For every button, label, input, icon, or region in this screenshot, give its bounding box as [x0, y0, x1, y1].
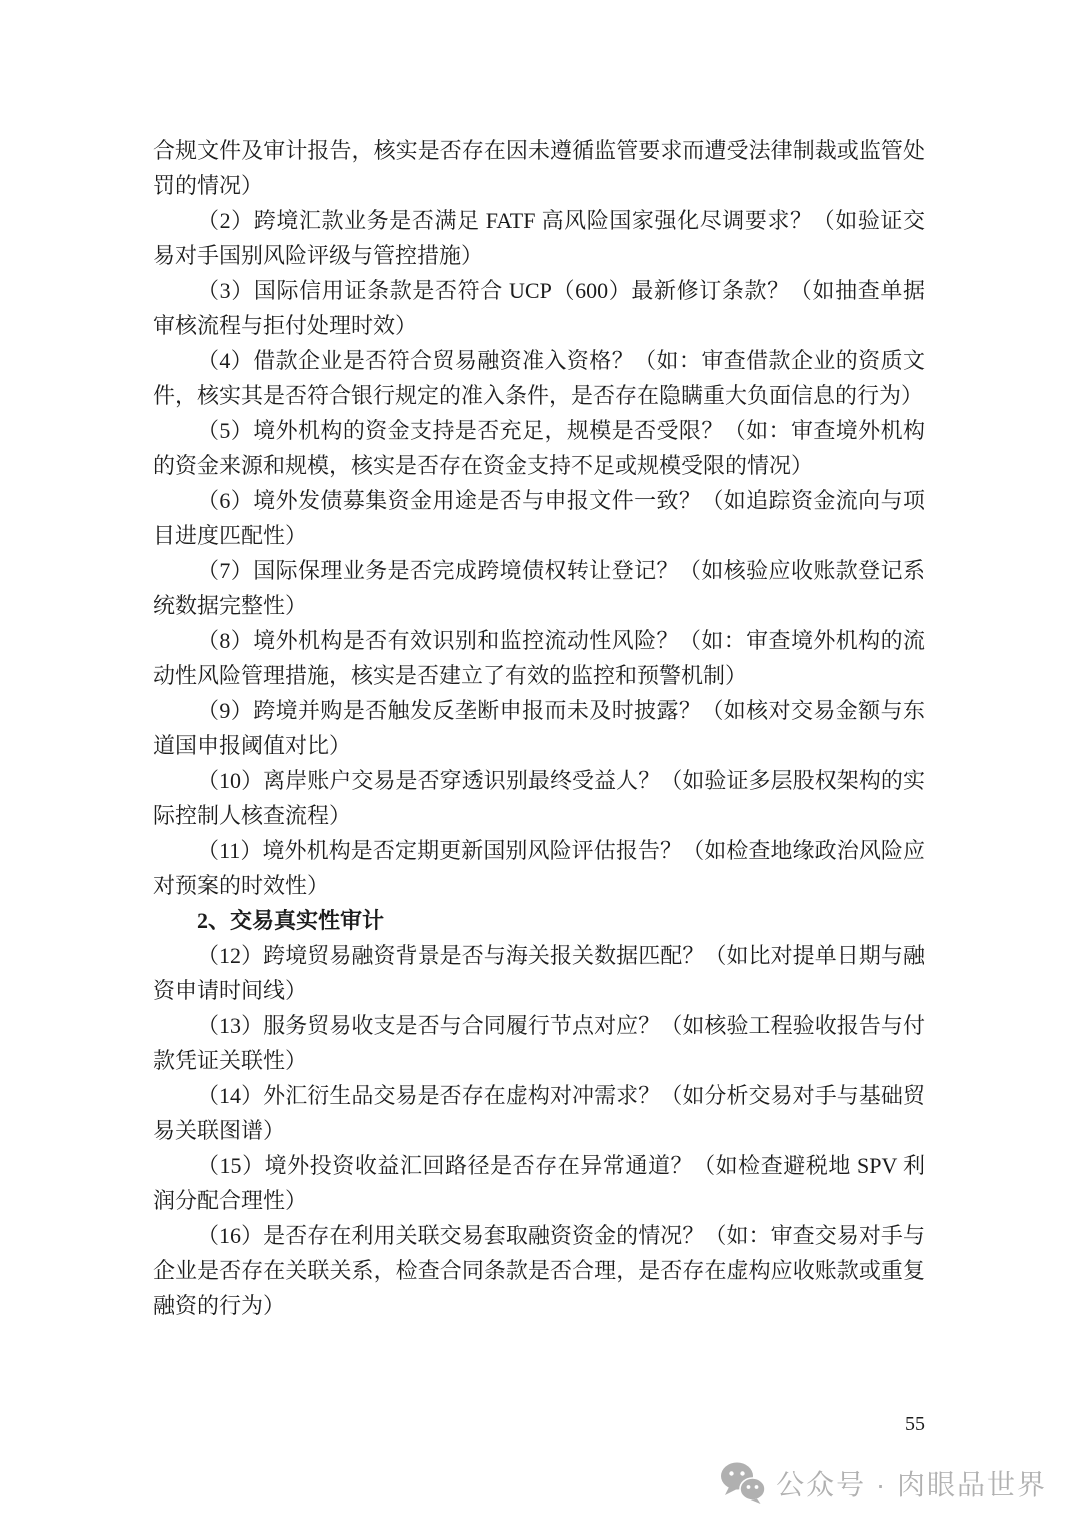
paragraph: （14）外汇衍生品交易是否存在虚构对冲需求？（如分析交易对手与基础贸易关联图谱）: [153, 1078, 925, 1148]
watermark: 公众号 · 肉眼品世界: [720, 1460, 1047, 1506]
paragraph: 合规文件及审计报告，核实是否存在因未遵循监管要求而遭受法律制裁或监管处罚的情况）: [153, 133, 925, 203]
document-text: 合规文件及审计报告，核实是否存在因未遵循监管要求而遭受法律制裁或监管处罚的情况）…: [153, 133, 925, 1323]
paragraph: （2）跨境汇款业务是否满足 FATF 高风险国家强化尽调要求？（如验证交易对手国…: [153, 203, 925, 273]
watermark-text: 公众号 · 肉眼品世界: [776, 1463, 1047, 1503]
paragraph: （6）境外发债募集资金用途是否与申报文件一致？（如追踪资金流向与项目进度匹配性）: [153, 483, 925, 553]
paragraph: （10）离岸账户交易是否穿透识别最终受益人？（如验证多层股权架构的实际控制人核查…: [153, 763, 925, 833]
paragraph: （11）境外机构是否定期更新国别风险评估报告？（如检查地缘政治风险应对预案的时效…: [153, 833, 925, 903]
paragraph: （15）境外投资收益汇回路径是否存在异常通道？（如检查避税地 SPV 利润分配合…: [153, 1148, 925, 1218]
wechat-icon: [720, 1462, 766, 1504]
page-number: 55: [153, 1413, 925, 1436]
paragraph: （3）国际信用证条款是否符合 UCP（600）最新修订条款？（如抽查单据审核流程…: [153, 273, 925, 343]
paragraph: （16）是否存在利用关联交易套取融资资金的情况？（如：审查交易对手与企业是否存在…: [153, 1218, 925, 1323]
paragraph: （8）境外机构是否有效识别和监控流动性风险？（如：审查境外机构的流动性风险管理措…: [153, 623, 925, 693]
paragraph: （13）服务贸易收支是否与合同履行节点对应？（如核验工程验收报告与付款凭证关联性…: [153, 1008, 925, 1078]
paragraph: （4）借款企业是否符合贸易融资准入资格？（如：审查借款企业的资质文件，核实其是否…: [153, 343, 925, 413]
document-page: 合规文件及审计报告，核实是否存在因未遵循监管要求而遭受法律制裁或监管处罚的情况）…: [0, 0, 1080, 1527]
section-heading: 2、交易真实性审计: [153, 903, 925, 938]
paragraph: （12）跨境贸易融资背景是否与海关报关数据匹配？（如比对提单日期与融资申请时间线…: [153, 938, 925, 1008]
paragraph: （9）跨境并购是否触发反垄断申报而未及时披露？（如核对交易金额与东道国申报阈值对…: [153, 693, 925, 763]
paragraph: （5）境外机构的资金支持是否充足，规模是否受限？（如：审查境外机构的资金来源和规…: [153, 413, 925, 483]
paragraph: （7）国际保理业务是否完成跨境债权转让登记？（如核验应收账款登记系统数据完整性）: [153, 553, 925, 623]
